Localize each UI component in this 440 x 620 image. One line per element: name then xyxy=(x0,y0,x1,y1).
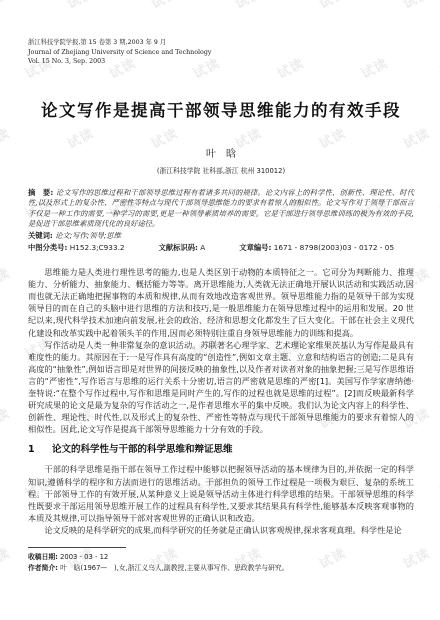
page-content: 浙江科技学院学报,第 15 卷第 3 期,2003 年 9 月 Journal … xyxy=(28,38,414,574)
watermark-text: 试读 xyxy=(147,0,181,12)
footnote-rule xyxy=(28,547,126,548)
author-bio-text: 叶 晗(1967— ),女,浙江义乌人,副教授,主要从事写作、思政教学与研究。 xyxy=(60,564,288,572)
article-id-value: 1671 - 8798(2003)03 - 0172 - 05 xyxy=(274,243,394,252)
journal-volume-info: Vol. 15 No. 3, Sep. 2003 xyxy=(28,57,414,67)
watermark-text: 试读 xyxy=(231,0,265,12)
watermark-text: 试读 xyxy=(0,0,13,12)
footnote-block: 收稿日期: 2003 - 03 - 12 作者简介: 叶 晗(1967— ),女… xyxy=(28,547,414,574)
author-bio-label: 作者简介: xyxy=(28,564,58,572)
watermark-text: 试读 xyxy=(0,403,13,433)
article-id-segment: 文章编号: 1671 - 8798(2003)03 - 0172 - 05 xyxy=(239,243,394,254)
body-paragraph-4: 论文反映的是科学研究的成果,而科学研究的任务就是正确认识客观规律,探求客观真理。… xyxy=(28,524,414,536)
article-title: 论文写作是提高干部领导思维能力的有效手段 xyxy=(28,97,414,121)
body-paragraph-1: 思维能力是人类进行理性思考的能力,也是人类区别于动物的本质特征之一。它可分为判断… xyxy=(28,266,414,339)
author-name: 叶 晗 xyxy=(28,145,414,160)
body-paragraph-2: 写作活动是人类一种非常复杂的意识活动。苏联著名心理学家、艺术理论家维果茨基认为写… xyxy=(28,339,414,436)
watermark-text: 试读 xyxy=(0,543,13,573)
watermark-text: 试读 xyxy=(436,197,440,237)
section-heading-1: 1 论文的科学性与干部的科学思维和辩证思维 xyxy=(28,444,414,456)
watermark-text: 试读 xyxy=(436,477,440,517)
article-id-label: 文章编号: xyxy=(239,243,271,252)
body-paragraph-3: 干部的科学思维是指干部在领导工作过程中能够以把握领导活动的基本规律为目的,并依据… xyxy=(28,463,414,523)
journal-header: 浙江科技学院学报,第 15 卷第 3 期,2003 年 9 月 Journal … xyxy=(28,38,414,67)
clc-value: H152.3;C933.2 xyxy=(70,243,125,252)
keywords-line: 关键词: 论文;写作;领导;思维 xyxy=(28,231,414,242)
received-date-value: 2003 - 03 - 12 xyxy=(60,553,108,561)
section-title: 论文的科学性与干部的科学思维和辩证思维 xyxy=(52,444,233,455)
journal-name-zh: 浙江科技学院学报,第 15 卷第 3 期,2003 年 9 月 xyxy=(28,38,414,48)
received-date-label: 收稿日期: xyxy=(28,553,58,561)
watermark-text: 试读 xyxy=(436,337,440,377)
doc-code-label: 文献标识码: xyxy=(159,243,198,252)
journal-name-en: Journal of Zhejiang University of Scienc… xyxy=(28,48,414,58)
author-bio-line: 作者简介: 叶 晗(1967— ),女,浙江义乌人,副教授,主要从事写作、思政教… xyxy=(28,563,414,574)
watermark-text: 试读 xyxy=(399,0,433,12)
watermark-text: 试读 xyxy=(0,123,13,153)
classification-line: 中图分类号: H152.3;C933.2 文献标识码: A 文章编号: 1671… xyxy=(28,243,414,254)
watermark-text: 试读 xyxy=(0,263,13,293)
journal-page: 试读试读试读试读试读试读试读试读试读试读试读试读试读试读试读试读试读试读试读试读… xyxy=(0,0,440,620)
clc-label: 中图分类号: xyxy=(28,243,67,252)
watermark-text: 试读 xyxy=(436,57,440,97)
keywords-label: 关键词: xyxy=(28,231,53,240)
abstract-label: 摘 要: xyxy=(28,188,53,197)
keywords-text: 论文;写作;领导;思维 xyxy=(55,231,121,240)
clc-segment: 中图分类号: H152.3;C933.2 xyxy=(28,243,125,254)
article-body: 思维能力是人类进行理性思考的能力,也是人类区别于动物的本质特征之一。它可分为判断… xyxy=(28,266,414,536)
received-date-line: 收稿日期: 2003 - 03 - 12 xyxy=(28,552,414,563)
section-number: 1 xyxy=(28,444,35,455)
doc-code-segment: 文献标识码: A xyxy=(159,243,206,254)
watermark-text: 试读 xyxy=(63,0,97,12)
doc-code-value: A xyxy=(200,243,205,252)
author-affiliation: (浙江科技学院 社科部,浙江 杭州 310012) xyxy=(28,165,414,175)
abstract-block: 摘 要: 论文写作的思维过程和干部领导思维过程有着诸多共同的规律。论文内容上的科… xyxy=(28,188,414,230)
abstract-text: 论文写作的思维过程和干部领导思维过程有着诸多共同的规律。论文内容上的科学性、创新… xyxy=(28,188,414,229)
watermark-text: 试读 xyxy=(315,0,349,12)
